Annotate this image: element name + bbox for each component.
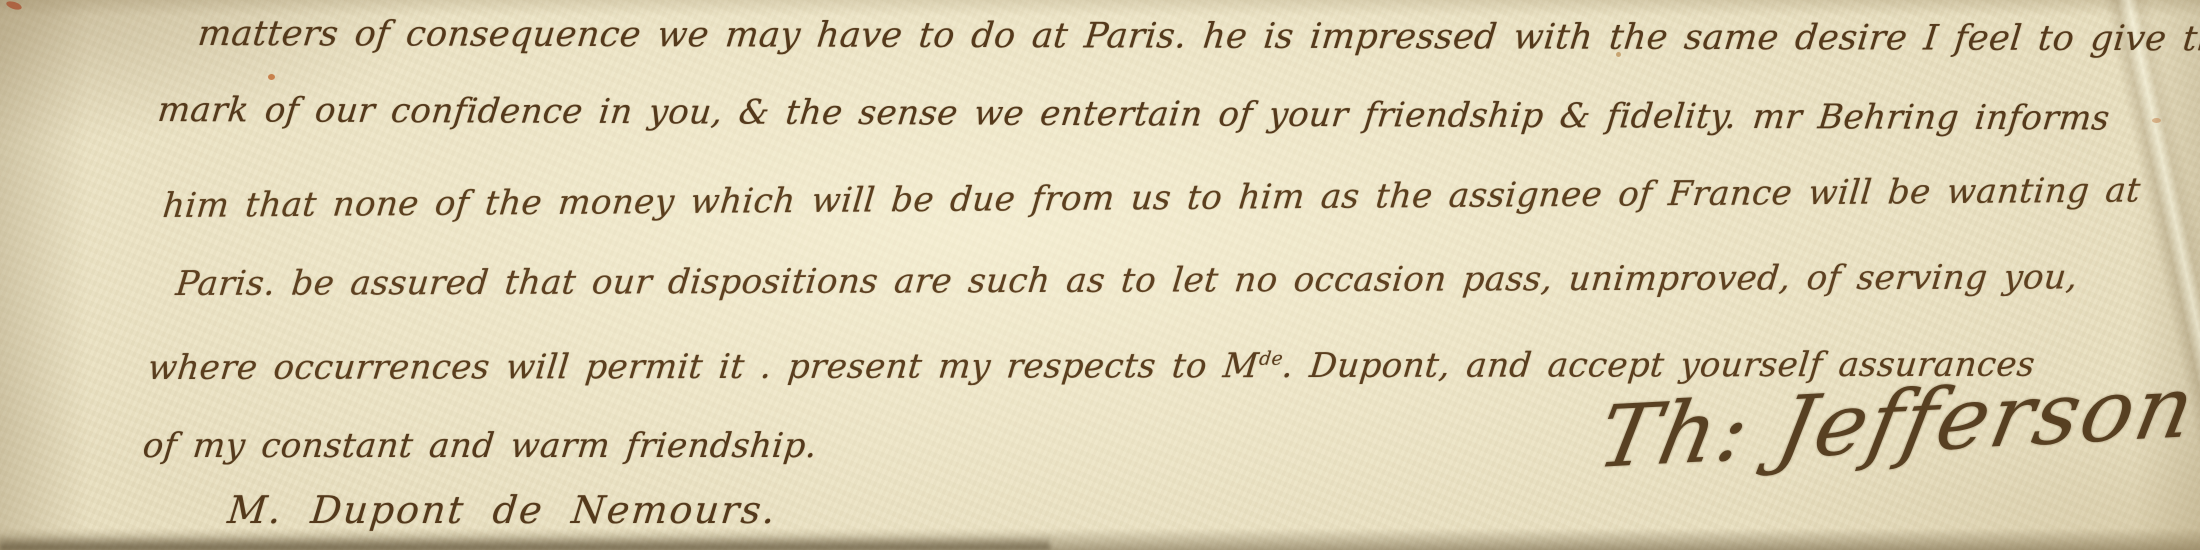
ink-speck [2152,118,2161,123]
letter-line-5-text: where occurrences will permit it . prese… [146,346,1261,388]
letter-line-6: of my constant and warm friendship. [141,426,819,466]
letter-line-4: Paris. be assured that our dispositions … [174,257,2080,304]
letter-line-1: matters of consequence we may have to do… [196,14,2200,59]
letter-page: matters of consequence we may have to do… [0,0,2200,550]
paper-edge-shadow [0,536,1050,550]
letter-line-3: him that none of the money which will be… [161,170,2142,226]
superscript-de: de [1258,349,1284,370]
ink-speck [1616,52,1621,57]
letter-line-2: mark of our confidence in you, & the sen… [156,90,2112,139]
addressee-line: M. Dupont de Nemours. [226,488,779,532]
ink-speck [268,74,275,80]
ink-speck [5,0,22,11]
